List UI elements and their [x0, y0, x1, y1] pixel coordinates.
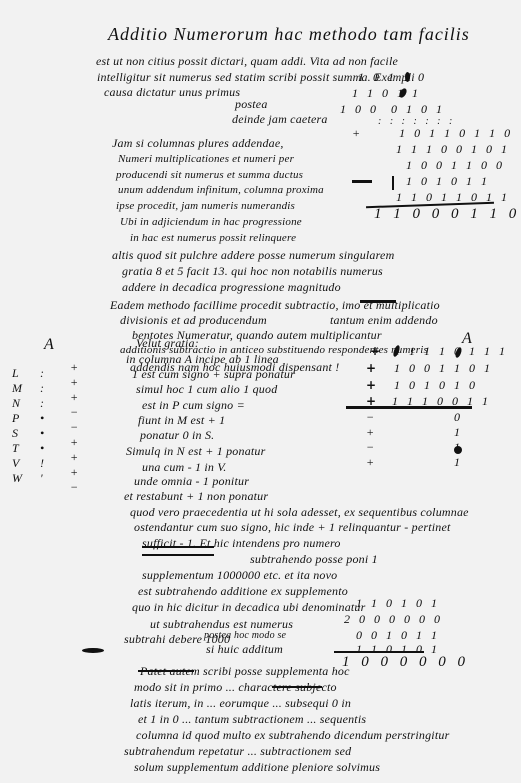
text-line: si huic additum: [206, 642, 283, 657]
example3-row: 2 0 0 0 0 0 0: [344, 612, 443, 627]
text-line: altis quod sit pulchre addere posse nume…: [112, 248, 394, 263]
text-line: subtrahendum repetatur ... subtractionem…: [124, 744, 351, 759]
text-line: in hac est numerus possit relinquere: [130, 232, 296, 244]
text-line: unde omnia - 1 ponitur: [134, 474, 249, 489]
text-line: divisionis et ad producendum: [120, 313, 267, 328]
ink-blot: [82, 648, 104, 653]
example3-sum-rule: [334, 651, 424, 653]
text-line: tantum enim addendo: [330, 313, 438, 328]
example2-sign: +: [366, 361, 376, 375]
example1-row: 1 1 0 1 1: [352, 86, 421, 101]
ink-blot: [405, 72, 410, 82]
text-line: Jam si columnas plures addendae,: [112, 136, 284, 151]
strike-mark: [360, 300, 396, 303]
example2-sign: +: [366, 378, 376, 392]
manuscript-title: Additio Numerorum hac methodo tam facili…: [108, 24, 470, 45]
text-line: addere in decadica progressione magnitud…: [122, 280, 341, 295]
text-line: et restabunt + 1 non ponatur: [124, 489, 268, 504]
text-line: est subtrahendo additione ex supplemento: [138, 584, 348, 599]
text-line: latis iterum, in ... eorumque ... subseq…: [130, 696, 351, 711]
text-line: fiunt in M est + 1: [138, 413, 225, 428]
text-line: in columna A incipe ab 1 linea: [126, 352, 279, 367]
text-line: Ubi in adjiciendum in hac progressione: [120, 216, 302, 228]
text-line: postea: [235, 97, 268, 112]
strike-mark: [352, 180, 372, 183]
text-line: Velut gratia:: [136, 336, 199, 351]
text-line: Simulq in N est + 1 ponatur: [126, 444, 266, 459]
text-line: gratia 8 et 5 facit 13. qui hoc non nota…: [122, 264, 383, 279]
example2-sum-rule: [346, 406, 472, 409]
text-line: ponatur 0 in S.: [140, 428, 214, 443]
strike-mark: [392, 176, 394, 190]
text-line: unum addendum infinitum, columna proxima: [118, 184, 324, 196]
margin-signs: + + + − − + + + −: [70, 360, 78, 495]
text-line: columna id quod multo ex subtrahendo dic…: [136, 728, 449, 743]
example2-row: 1 0 1 0 1 0: [394, 378, 478, 393]
text-line: est ut non citius possit dictari, quam a…: [96, 54, 398, 69]
text-line: 1 est cum signo + supra ponatur: [132, 367, 295, 382]
strike-mark: [272, 686, 322, 688]
example2-sign: +: [370, 344, 380, 358]
text-line: subtrahendo posse poni 1: [250, 552, 378, 567]
text-line: ipse procedit, jam numeris numerandis: [116, 200, 295, 212]
text-line: Numeri multiplicationes et numeri per: [118, 153, 294, 165]
margin-label-a: A: [44, 336, 54, 354]
strike-mark: [142, 546, 214, 548]
text-line: quo in hic dicitur in decadica ubi denom…: [132, 600, 366, 615]
text-line: et 1 in 0 ... tantum subtractionem ... s…: [138, 712, 366, 727]
text-line: una cum - 1 in V.: [142, 460, 227, 475]
example3-row: 1 1 0 1 0 1: [356, 596, 440, 611]
example1-row: 1 0 1 1 0: [358, 70, 427, 85]
example3-row: 0 0 1 0 1 1: [356, 628, 440, 643]
example1-sum-row: + 1 0 1 1 0 1 1 0: [352, 126, 513, 141]
ink-blot: [454, 446, 462, 454]
text-line: simul hoc 1 cum alio 1 quod: [136, 382, 277, 397]
margin-dots: : : : • • • ! ': [40, 366, 44, 486]
text-line: deinde jam caetera: [232, 112, 328, 127]
strike-mark: [142, 554, 214, 556]
strike-mark: [138, 670, 194, 672]
text-line: postea hoc modo se: [204, 630, 286, 641]
example2-signs-below: − + − +: [366, 410, 374, 470]
text-line: solum supplementum additione pleniore so…: [134, 760, 380, 775]
text-line: supplementum 1000000 etc. et ita novo: [142, 568, 337, 583]
example1-sum-row: 1 0 0 1 1 0 0: [406, 158, 505, 173]
text-line: ostendantur cum suo signo, hic inde + 1 …: [134, 520, 451, 535]
example1-sum-row: 1 1 1 0 0 1 0 1: [396, 142, 510, 157]
example3-result: 1 0 0 0 0 0 0: [342, 654, 469, 671]
text-line: quod vero praecedentia ut hi sola adesse…: [130, 505, 469, 520]
example1-row: 1 0 0 0 1 0 1: [340, 102, 445, 117]
example1-result: 1 1 0 0 0 1 1 0 1: [374, 206, 521, 223]
example2-result-col: 0 1 1 1: [454, 410, 460, 470]
manuscript-page: Additio Numerorum hac methodo tam facili…: [0, 0, 521, 783]
text-line: sufficit - 1. Et hic intendens pro numer…: [142, 536, 341, 551]
example2-row: 1 1 1 1 0 1 1 1: [394, 344, 508, 359]
margin-letters: L M N P S T V W: [12, 366, 22, 486]
example2-row: 1 0 0 1 1 0 1: [394, 361, 493, 376]
text-line: producendi sit numerus et summa ductus: [116, 169, 303, 181]
example1-sum-row: 1 0 1 0 1 1: [406, 174, 490, 189]
text-line: est in P cum signo =: [142, 398, 245, 413]
text-line: causa dictatur unus primus: [104, 85, 240, 100]
